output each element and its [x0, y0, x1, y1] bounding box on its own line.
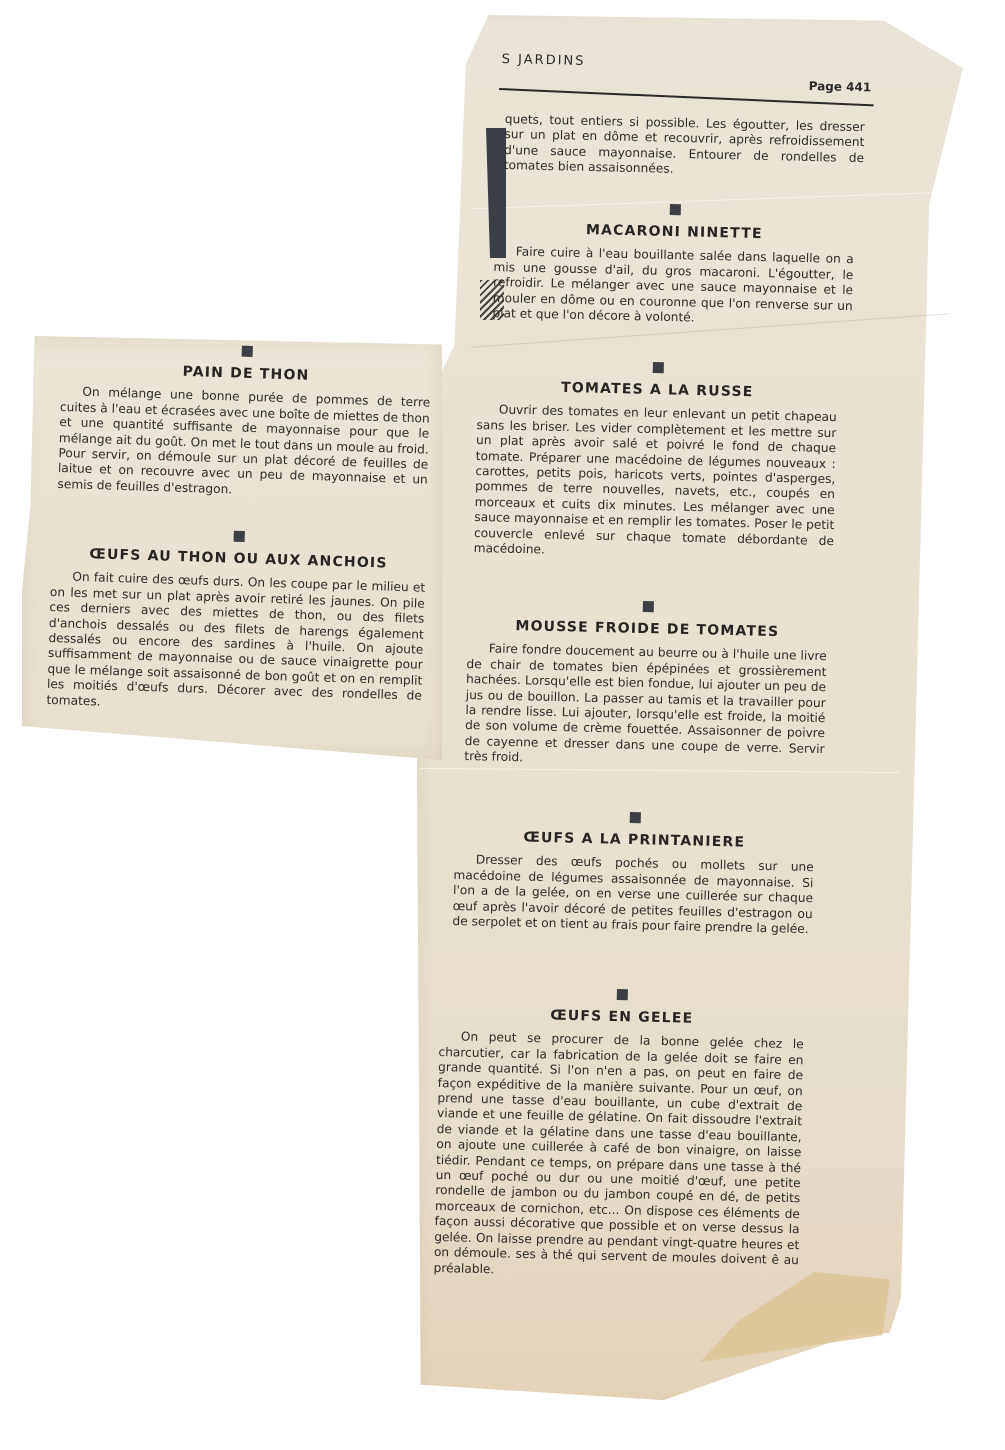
recipe-title: PAIN DE THON [61, 361, 431, 388]
recipe-macaroni-ninette: MACARONI NINETTE Faire cuire à l'eau bou… [492, 200, 855, 330]
recipe-text: Faire fondre doucement au beurre ou à l'… [464, 641, 827, 772]
section-marker-icon [652, 362, 663, 373]
recipe-tomates-a-la-russe: TOMATES A LA RUSSE Ouvrir des tomates en… [473, 358, 837, 565]
section-marker-icon [617, 989, 628, 1000]
section-marker-icon [669, 204, 680, 215]
recipe-title: ŒUFS EN GELEE [439, 1006, 804, 1030]
recipe-title: MACARONI NINETTE [494, 221, 854, 245]
section-marker-icon [241, 346, 252, 357]
recipe-title: ŒUFS A LA PRINTANIERE [454, 829, 814, 853]
section-marker-icon [642, 601, 653, 612]
recipe-text: Ouvrir des tomates en leur enlevant un p… [473, 402, 836, 564]
recipe-text: Faire cuire à l'eau bouillante salée dan… [492, 244, 854, 329]
recipe-title: ŒUFS AU THON OU AUX ANCHOIS [51, 546, 426, 573]
section-marker-icon [234, 531, 245, 542]
right-column: quets, tout entiers si possible. Les égo… [504, 112, 865, 182]
page-number: Page 441 [809, 79, 872, 94]
recipe-oeufs-en-gelee: ŒUFS EN GELEE On peut se procurer de la … [433, 985, 805, 1284]
recipe-text: On fait cuire des œufs durs. On les coup… [46, 569, 425, 719]
recipe-text: On mélange une bonne purée de pommes de … [57, 384, 430, 503]
recipe-title: TOMATES A LA RUSSE [477, 379, 837, 403]
recipe-title: MOUSSE FROIDE DE TOMATES [467, 618, 827, 642]
journal-name: S JARDINS [502, 52, 586, 69]
recipe-text: On peut se procurer de la bonne gelée ch… [433, 1029, 803, 1284]
intro-paragraph: quets, tout entiers si possible. Les égo… [504, 112, 865, 182]
recipe-mousse-froide-de-tomates: MOUSSE FROIDE DE TOMATES Faire fondre do… [464, 597, 828, 773]
recipe-oeufs-au-thon: ŒUFS AU THON OU AUX ANCHOIS On fait cuir… [46, 525, 427, 720]
section-marker-icon [629, 812, 640, 823]
recipe-text: Dresser des œufs pochés ou mollets sur u… [452, 852, 814, 937]
recipe-pain-de-thon: PAIN DE THON On mélange une bonne purée … [57, 340, 432, 504]
recipe-oeufs-a-la-printaniere: ŒUFS A LA PRINTANIERE Dresser des œufs p… [452, 808, 815, 938]
page-header: S JARDINS Page 441 [499, 48, 880, 107]
